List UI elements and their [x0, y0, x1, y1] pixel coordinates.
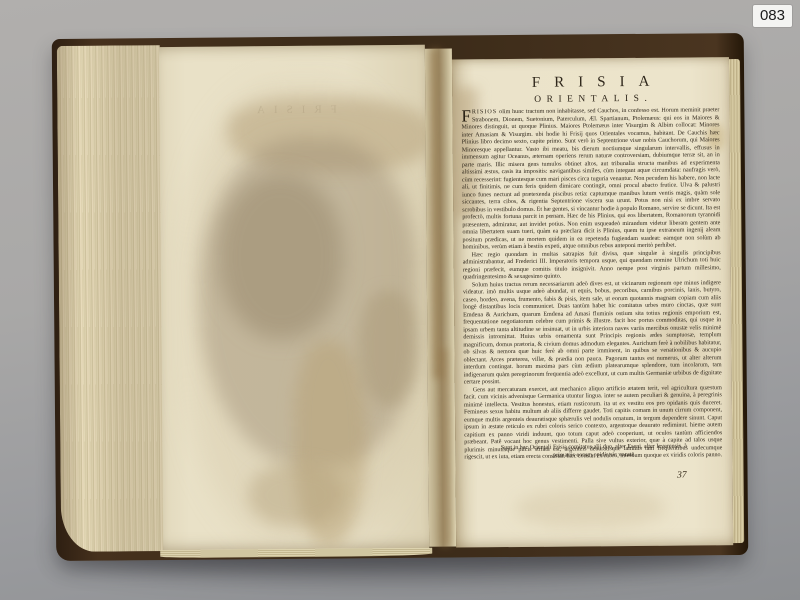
show-through-title: FRISIA — [159, 103, 425, 117]
drop-cap: F — [461, 109, 472, 123]
stain-blob — [218, 173, 344, 339]
closing-note: Sunt in hac Orientali Frisia comitatus a… — [500, 443, 687, 460]
paragraph-1: FRISIOSolim hunc tractum non inhabitasse… — [461, 107, 720, 252]
lead-smallcaps: RISIOS — [472, 109, 497, 115]
open-book: FRISIA FRISIA ORIENTALIS. FRISIOSolim hu… — [52, 33, 749, 561]
photo-number-label: 083 — [753, 5, 792, 27]
paragraph-2: Hæc regio quondam in multas satrapias fu… — [463, 250, 721, 282]
stain-blob — [248, 463, 344, 526]
paragraph-1-text: olim hunc tractum non inhabitasse, sed C… — [461, 107, 720, 250]
page-title: FRISIA — [452, 73, 729, 92]
paragraph-3: Solum huius tractus rerum necessariarum … — [463, 280, 722, 387]
page-text-block: FRISIOSolim hunc tractum non inhabitasse… — [461, 107, 722, 461]
left-blank-page: FRISIA — [159, 45, 429, 552]
page-stack-fore-edge-left — [57, 45, 164, 552]
book-gutter — [425, 49, 456, 547]
stain-blob — [516, 488, 666, 529]
gutter-stain — [431, 49, 443, 379]
photo-backdrop: 083 FRISIA FRISIA ORIENTALIS. FR — [0, 0, 800, 600]
gutter-stain — [439, 349, 449, 547]
page-number: 37 — [677, 471, 687, 481]
bottom-page-edges — [160, 548, 432, 558]
page-subtitle: ORIENTALIS. — [452, 93, 729, 105]
stain-blob — [359, 290, 418, 406]
right-text-page: FRISIA ORIENTALIS. FRISIOSolim hunc trac… — [452, 57, 733, 547]
